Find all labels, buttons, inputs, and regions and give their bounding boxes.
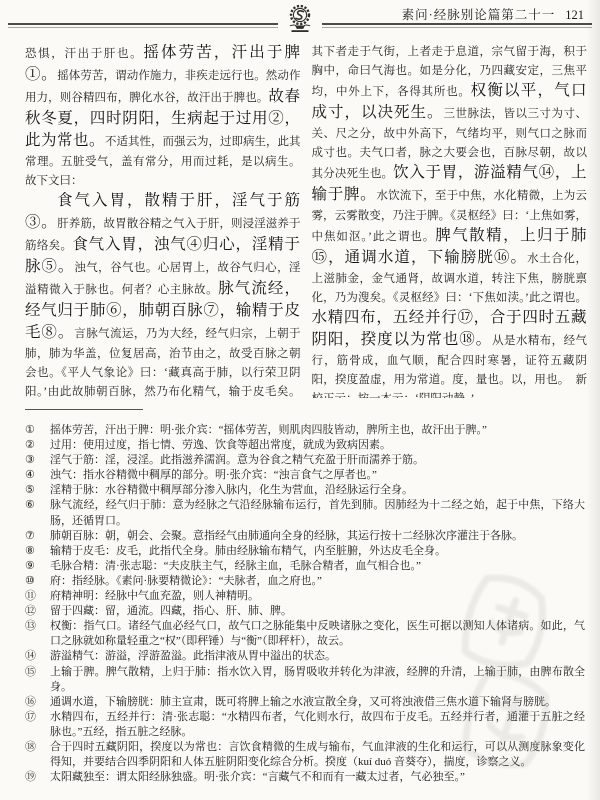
footnote-text: 肺朝百脉：朝，朝会、会聚。意指经气由肺通向全身的经脉，其运行按十二经脉次序灌注于… (50, 529, 585, 544)
footnote-text: 毛脉合精：清·张志聪：“夫皮肤主气，经脉主血，毛脉合精者，血气相合也。” (50, 559, 585, 574)
footnote-item: ⑦肺朝百脉：朝，朝会、会聚。意指经气由肺通向全身的经脉，其运行按十二经脉次序灌注… (25, 529, 585, 544)
footnote-item: ⑫留于四藏：留，通流。四藏，指心、肝、肺、脾。 (25, 604, 585, 619)
chapter-title: 素问·经脉别论篇第二十一 (402, 8, 556, 22)
footnote-text: 权衡：指气口。诸经气血必经气口，故气口之脉能集中反映诸脉之变化，医生可据以测知人… (50, 619, 585, 649)
footnote-number: ⑦ (25, 529, 50, 544)
footnote-number: ⑱ (25, 740, 50, 770)
footnote-item: ⑤淫精于脉：水谷精微中稠厚部分渗入脉内，化生为营血，沿经脉运行全身。 (25, 483, 585, 498)
footnote-text: 淫气于筋：淫，浸淫。此指滋养濡润。意为谷食之精气充盈于肝而濡养于筋。 (50, 453, 585, 468)
footnote-item: ⑨毛脉合精：清·张志聪：“夫皮肤主气，经脉主血，毛脉合精者，血气相合也。” (25, 559, 585, 574)
footnote-number: ⑫ (25, 604, 50, 619)
footnote-number: ① (25, 423, 50, 438)
footnote-number: ⑮ (25, 665, 50, 695)
footnote-text: 合于四时五藏阴阳，揆度以为常也：言饮食精微的生成与输布，气血津液的生化和运行，可… (50, 740, 585, 770)
footnotes: ①摇体劳苦，汗出于脾：明·张介宾：“摇体劳苦，则肌肉四肢皆动，脾所主也，故汗出于… (0, 423, 600, 795)
paragraph: 恐惧，汗出于肝也。摇体劳苦，汗出于脾①。摇体劳苦，谓动作施力，非疾走远行也。然动… (25, 42, 301, 190)
footnote-text: 太阳藏独至：谓太阳经脉独盛。明·张介宾：“言藏气不和而有一藏太过者，气必独至。” (50, 770, 585, 785)
main-text: 恐惧，汗出于肝也。摇体劳苦，汗出于脾①。摇体劳苦，谓动作施力，非疾走远行也。然动… (0, 42, 600, 398)
footnote-text: 留于四藏：留，通流。四藏，指心、肝、肺、脾。 (50, 604, 585, 619)
footnote-number: ⑰ (25, 710, 50, 740)
footnote-item: ①摇体劳苦，汗出于脾：明·张介宾：“摇体劳苦，则肌肉四肢皆动，脾所主也，故汗出于… (25, 423, 585, 438)
footnote-text: 浊气：指水谷精微中稠厚的部分。明·张介宾：“浊言食气之厚者也。” (50, 468, 585, 483)
footnote-number: ⑪ (25, 589, 50, 604)
commentary-run: 恐惧，汗出于肝也。 (25, 48, 143, 60)
footnote-text: 游溢精气：游溢，浮游盈溢。此指津液从胃中溢出的状态。 (50, 649, 585, 664)
footnote-item: ⑪府精神明：经脉中气血充盈，则人神精明。 (25, 589, 585, 604)
footnote-text: 过用：使用过度，指七情、劳逸、饮食等超出常度，就成为致病因素。 (50, 438, 585, 453)
footnote-number: ④ (25, 468, 50, 483)
footnote-item: ⑩府：指经脉。《素问·脉要精微论》：“夫脉者，血之府也。” (25, 574, 585, 589)
footnote-item: ④浊气：指水谷精微中稠厚的部分。明·张介宾：“浊言食气之厚者也。” (25, 468, 585, 483)
footnote-number: ② (25, 438, 50, 453)
right-column: 其下者走于气街，上者走于息道，宗气留于海，积于胸中，命曰气海也。如是分化，乃四藏… (312, 42, 588, 398)
footnote-item: ②过用：使用过度，指七情、劳逸、饮食等超出常度，就成为致病因素。 (25, 438, 585, 453)
paragraph: 其下者走于气街，上者走于息道，宗气留于海，积于胸中，命曰气海也。如是分化，乃四藏… (312, 42, 588, 398)
footnote-text: 水精四布，五经并行：清·张志聪：“水精四布者，气化则水行，故四布于皮毛。五经并行… (50, 710, 585, 740)
footnote-number: ⑲ (25, 770, 50, 785)
paragraph: 食气入胃，散精于肝，淫气于筋③。肝养筋，故胃散谷精之气入于肝，则浸淫滋养于筋络矣… (25, 190, 301, 398)
commentary-run: 摇体劳苦，谓动作施力，非疾走远行也。然动作用力，则谷精四布，脾化水谷，故汗出于脾… (25, 70, 301, 104)
footnote-text: 输精于皮毛：皮毛，此指代全身。肺由经脉输布精气，内至脏腑，外达皮毛全身。 (50, 544, 585, 559)
footnote-number: ⑯ (25, 695, 50, 710)
footnote-text: 府：指经脉。《素问·脉要精微论》：“夫脉者，血之府也。” (50, 574, 585, 589)
footnote-text: 脉气流经，经气归于肺：意为经脉之气沿经脉输布运行，首先到肺。因肺经为十二经之始，… (50, 498, 585, 528)
footnote-number: ⑩ (25, 574, 50, 589)
footnote-number: ⑭ (25, 649, 50, 664)
footnote-text: 摇体劳苦，汗出于脾：明·张介宾：“摇体劳苦，则肌肉四肢皆动，脾所主也，故汗出于脾… (50, 423, 585, 438)
footnote-item: ⑯通调水道，下输膀胱：肺主宣肃，既可将脾上输之水液宣散全身，又可将浊液借三焦水道… (25, 695, 585, 710)
footnote-item: ⑬权衡：指气口。诸经气血必经气口，故气口之脉能集中反映诸脉之变化，医生可据以测知… (25, 619, 585, 649)
footnote-item: ⑲太阳藏独至：谓太阳经脉独盛。明·张介宾：“言藏气不和而有一藏太过者，气必独至。… (25, 770, 585, 785)
publisher-emblem-icon (278, 3, 322, 37)
left-column: 恐惧，汗出于肝也。摇体劳苦，汗出于脾①。摇体劳苦，谓动作施力，非疾走远行也。然动… (25, 42, 301, 398)
footnote-text: 府精神明：经脉中气血充盈，则人神精明。 (50, 589, 585, 604)
footnote-number: ③ (25, 453, 50, 468)
footnote-item: ⑧输精于皮毛：皮毛，此指代全身。肺由经脉输布精气，内至脏腑，外达皮毛全身。 (25, 544, 585, 559)
page-number: 121 (565, 8, 584, 22)
footnote-item: ⑮上输于脾。脾气散精，上归于肺：指水饮入胃，肠胃吸收并转化为津液，经脾的升清，上… (25, 665, 585, 695)
running-head: 素问·经脉别论篇第二十一121 (402, 5, 584, 23)
footnote-number: ⑧ (25, 544, 50, 559)
footnote-number: ⑤ (25, 483, 50, 498)
footnote-item: ⑰水精四布，五经并行：清·张志聪：“水精四布者，气化则水行，故四布于皮毛。五经并… (25, 710, 585, 740)
book-page: 素问·经脉别论篇第二十一121 恐惧，汗出于肝也。摇体劳苦，汗出于脾①。摇体劳苦… (0, 0, 600, 800)
footnote-text: 上输于脾。脾气散精，上归于肺：指水饮入胃，肠胃吸收并转化为津液，经脾的升清，上输… (50, 665, 585, 695)
footnote-number: ⑬ (25, 619, 50, 649)
footnote-text: 淫精于脉：水谷精微中稠厚部分渗入脉内，化生为营血，沿经脉运行全身。 (50, 483, 585, 498)
footnote-item: ⑭游溢精气：游溢，浮游盈溢。此指津液从胃中溢出的状态。 (25, 649, 585, 664)
footnote-item: ⑱合于四时五藏阴阳，揆度以为常也：言饮食精微的生成与输布，气血津液的生化和运行，… (25, 740, 585, 770)
footnote-number: ⑨ (25, 559, 50, 574)
footnote-number: ⑥ (25, 498, 50, 528)
footnote-item: ⑥脉气流经，经气归于肺：意为经脉之气沿经脉输布运行，首先到肺。因肺经为十二经之始… (25, 498, 585, 528)
footnote-divider (25, 409, 143, 410)
footnote-item: ③淫气于筋：淫，浸淫。此指滋养濡润。意为谷食之精气充盈于肝而濡养于筋。 (25, 453, 585, 468)
footnote-text: 通调水道，下输膀胱：肺主宣肃，既可将脾上输之水液宣散全身，又可将浊液借三焦水道下… (50, 695, 585, 710)
